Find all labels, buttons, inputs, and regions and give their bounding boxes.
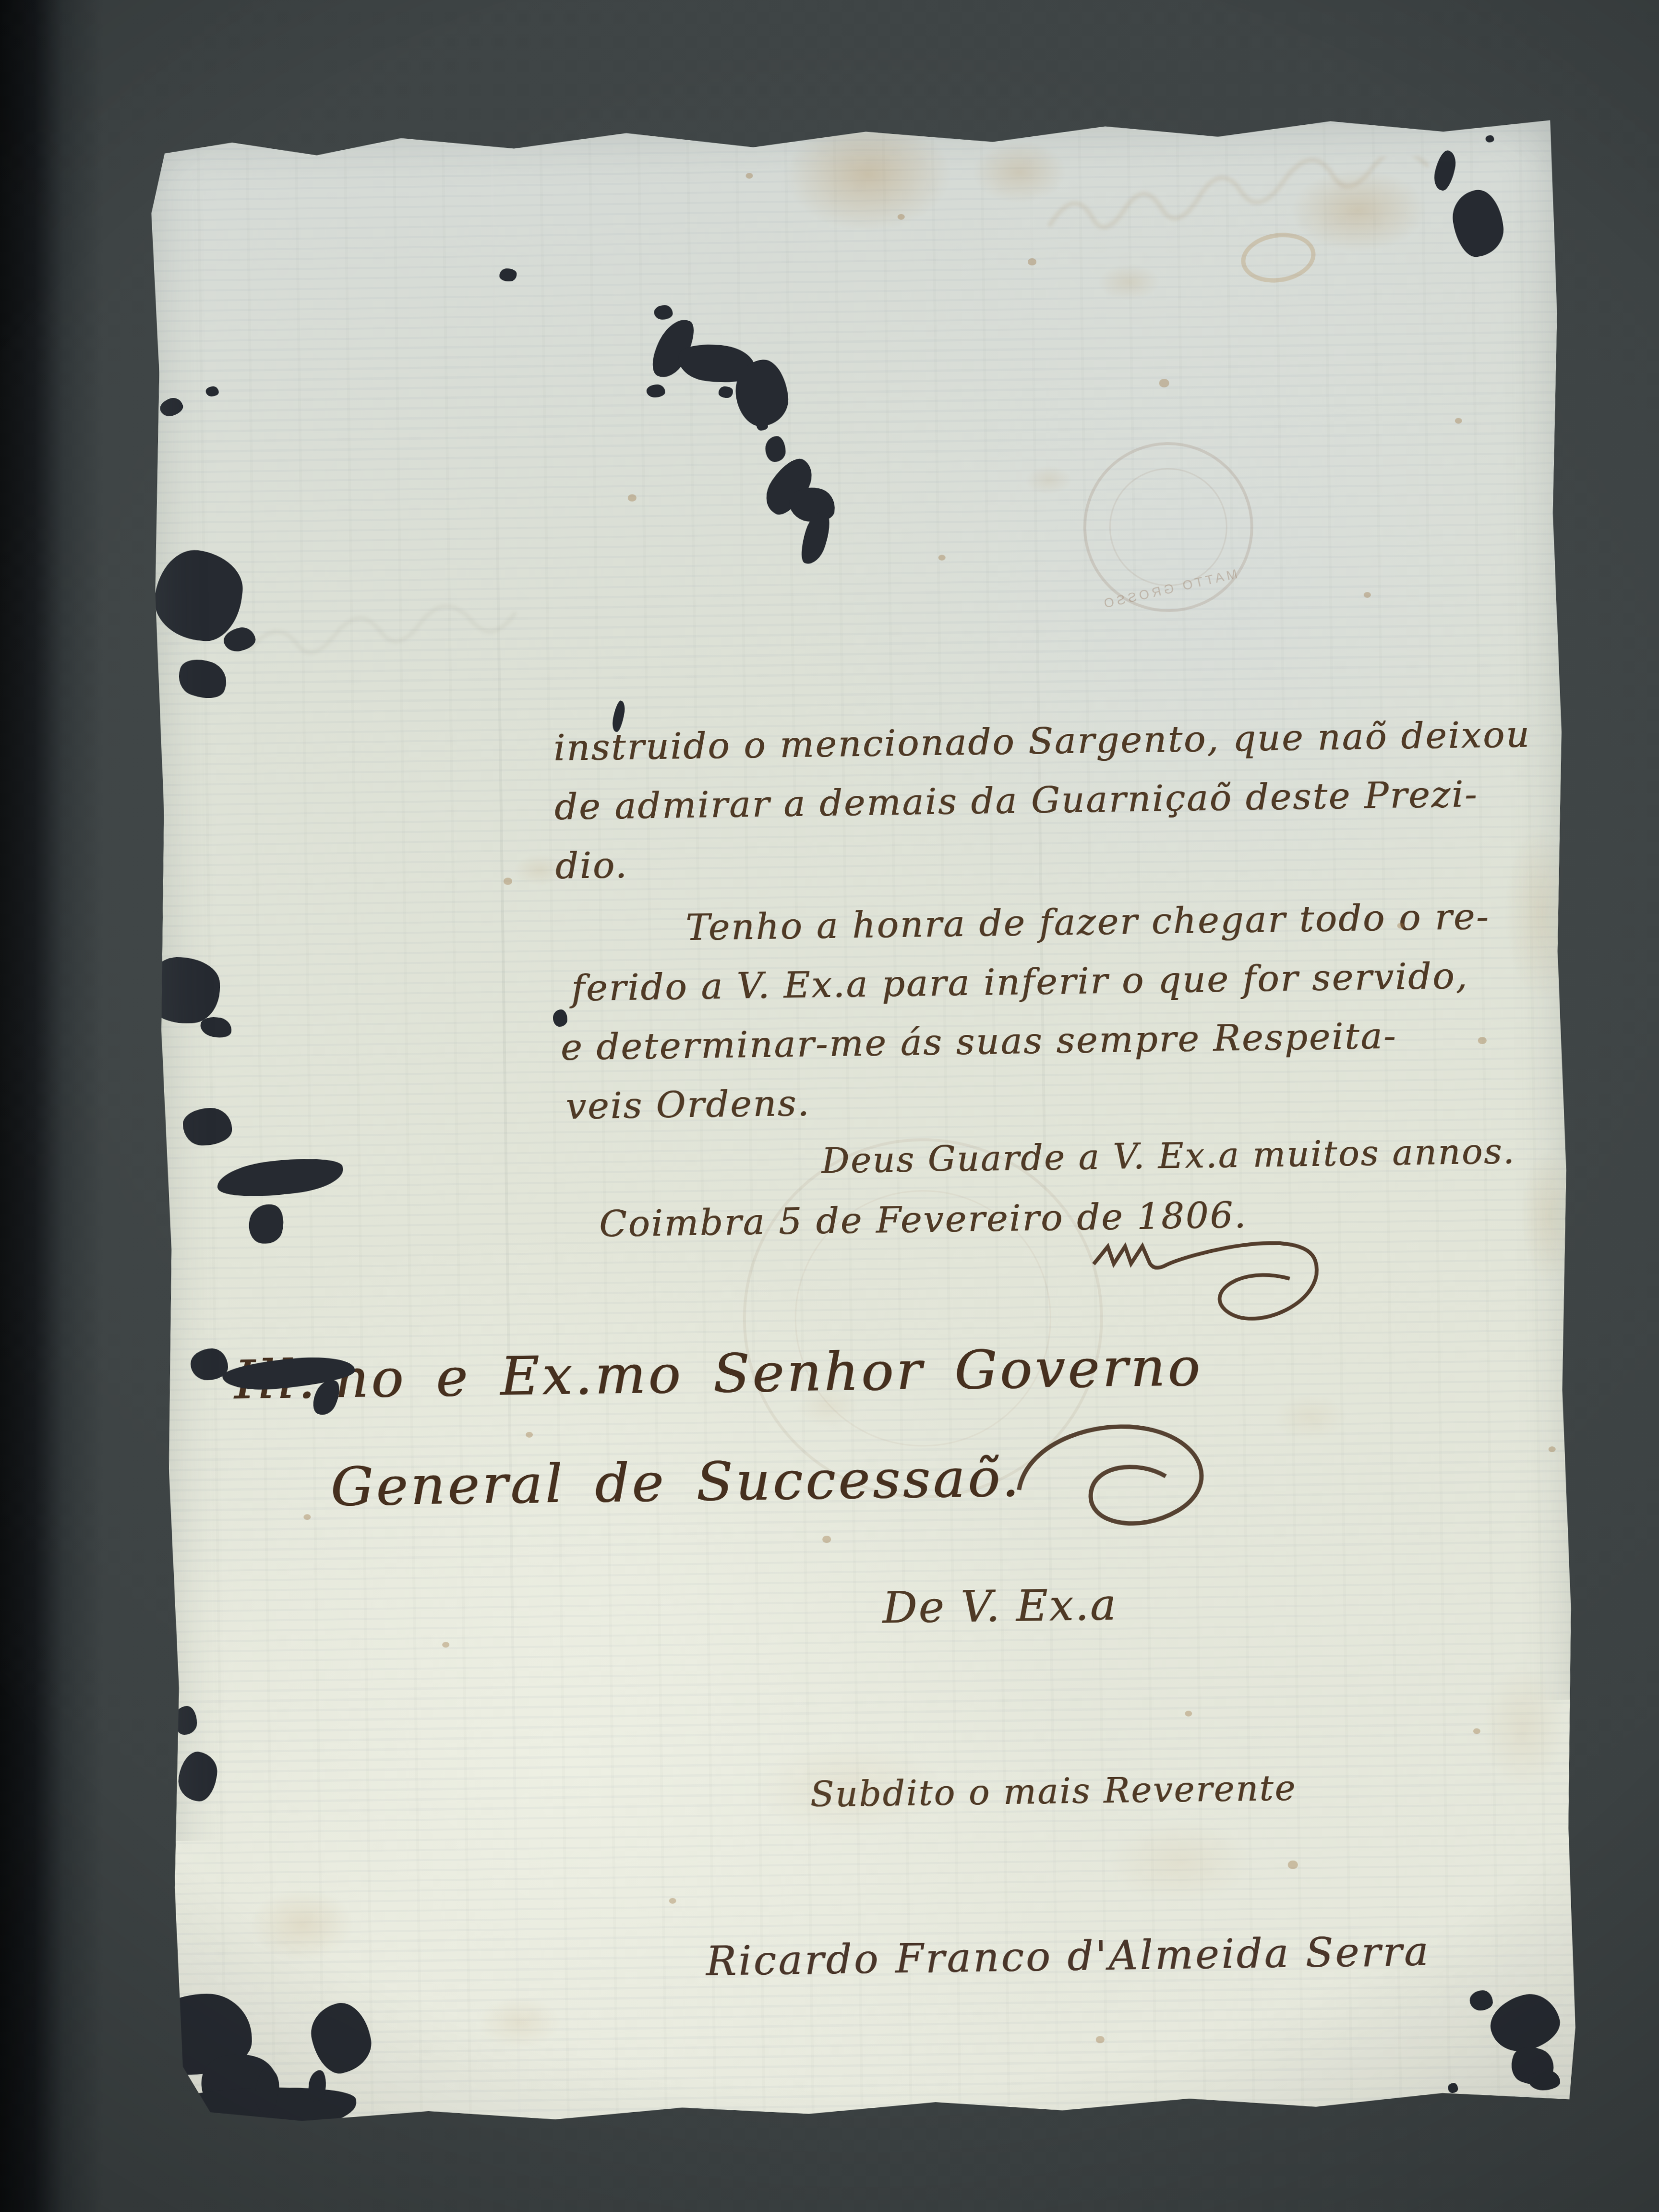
foxing-dot — [303, 1514, 311, 1520]
foxing-dot — [938, 555, 946, 561]
ink-blot — [765, 436, 786, 462]
stain — [1465, 1640, 1582, 1815]
ink-blot — [553, 1010, 567, 1027]
ink-blot — [305, 1998, 377, 2078]
ink-blot — [1568, 595, 1580, 615]
ink-blot — [144, 957, 220, 1024]
foxing-dot — [1455, 418, 1462, 424]
ghost-writing — [240, 603, 558, 680]
stain — [1260, 1384, 1361, 1451]
foxing-dot — [1478, 1037, 1487, 1044]
fold-crease — [490, 129, 521, 2122]
ink-blot — [174, 1706, 197, 1735]
stain — [461, 1986, 577, 2059]
fold-crease — [1029, 121, 1059, 2115]
ink-blot — [654, 305, 673, 320]
letter-body-line: dio. — [555, 844, 628, 887]
ink-blot — [175, 1749, 220, 1803]
ink-blot — [158, 396, 185, 419]
foxing-dot — [745, 173, 753, 179]
ink-blot — [1568, 969, 1582, 981]
ink-blot — [313, 125, 371, 140]
stain — [752, 93, 985, 255]
ink-blot — [647, 385, 665, 398]
courtesy-line: De V. Ex.a — [882, 1581, 1118, 1635]
foxing-dot — [442, 1642, 449, 1647]
foxing-dot — [1364, 592, 1371, 598]
ink-blot — [173, 653, 232, 705]
foxing-dot — [822, 1536, 831, 1543]
addressee-line: General de Successaõ. — [330, 1447, 1022, 1518]
ink-blot — [183, 1107, 232, 1145]
foxing-dot — [1549, 1446, 1556, 1452]
letter-body-line: de admirar a demais da Guarniçaõ deste P… — [554, 773, 1479, 828]
stain — [1016, 459, 1082, 501]
stain — [229, 1873, 375, 1976]
foxing-dot — [903, 2161, 910, 2167]
letter-body-line: Tenho a honra de fazer chegar todo o re- — [685, 896, 1490, 949]
ghost-stamp-inner-ring — [1108, 467, 1228, 587]
foxing-dot — [1096, 2036, 1105, 2043]
letter-body-line: instruido o mencionado Sargento, que naõ… — [553, 714, 1531, 769]
ink-blot — [245, 1200, 288, 1248]
foxing-dot — [1421, 2154, 1430, 2161]
ink-blot — [499, 268, 517, 282]
letter-body-line: ferido a V. Ex.a para inferir o que for … — [571, 955, 1468, 1009]
foxing-dot — [1473, 1728, 1480, 1734]
ink-blot — [1469, 1990, 1493, 2011]
stain — [1085, 256, 1172, 308]
signature-line: Ricardo Franco d'Almeida Serra — [706, 1928, 1431, 1985]
scan-photo: MATTO GROSSO instruido o mencionado Sarg… — [0, 0, 1659, 2212]
subscription-line: Subdito o mais Reverente — [810, 1768, 1297, 1815]
addressee-flourish — [1012, 1412, 1230, 1552]
stain — [1489, 791, 1593, 1037]
foxing-dot — [898, 214, 905, 220]
stain — [1078, 1803, 1281, 1921]
foxing-dot — [669, 1898, 676, 1904]
rubric-flourish — [1084, 1223, 1346, 1357]
foxing-dot — [526, 1432, 533, 1438]
ink-blot — [1528, 2070, 1561, 2091]
ink-blot — [666, 118, 746, 133]
letter-body-line: veis Ordens. — [565, 1082, 811, 1128]
ink-blot — [719, 386, 733, 398]
ink-blot — [1565, 991, 1576, 999]
foxing-dot — [1288, 1861, 1298, 1869]
foxing-dot — [1185, 1711, 1192, 1717]
ink-blot — [1155, 109, 1256, 125]
ink-blot — [1448, 2083, 1458, 2093]
ink-blot — [215, 1153, 345, 1202]
foxing-dot — [628, 494, 637, 502]
letter-body-line: e determinar-me ás suas sempre Respeita- — [560, 1015, 1397, 1069]
ink-blot — [757, 421, 768, 431]
paper-shading — [147, 114, 1584, 2127]
ghost-stamp-icon: MATTO GROSSO — [1082, 441, 1254, 613]
ink-blot — [206, 386, 219, 397]
paper-sheet: MATTO GROSSO instruido o mencionado Sarg… — [147, 114, 1584, 2127]
foxing-dot — [504, 878, 512, 885]
ink-blot — [1485, 135, 1494, 143]
foxing-dot — [1028, 258, 1036, 265]
stain — [1508, 1122, 1589, 1310]
foxing-dot — [1159, 379, 1169, 387]
